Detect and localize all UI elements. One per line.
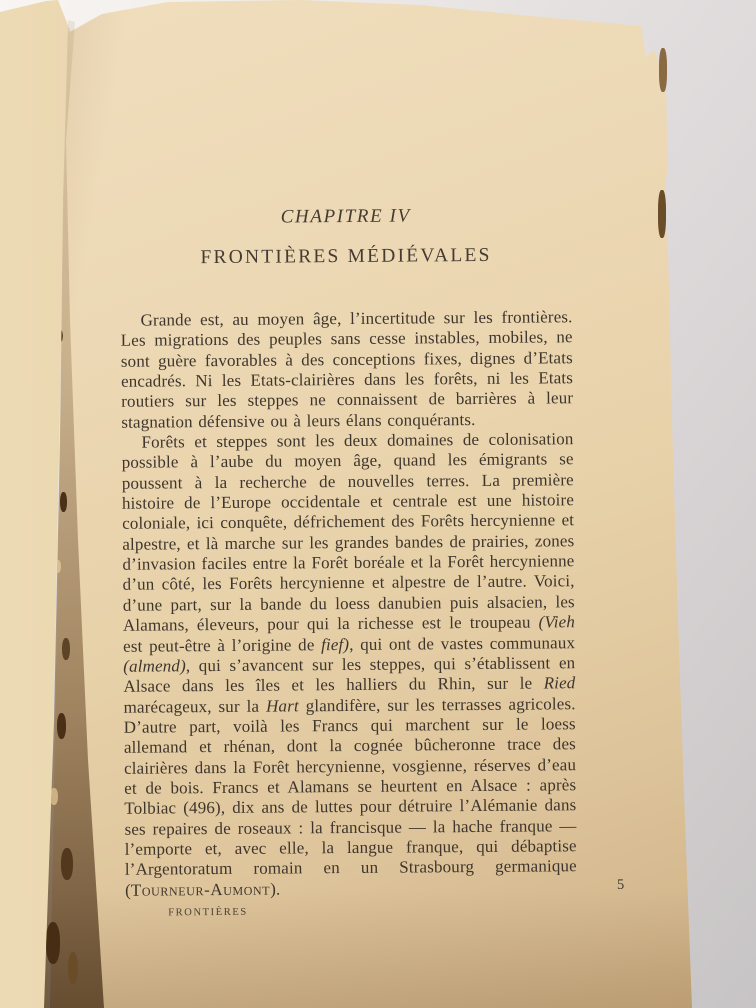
paragraph-2: Forêts et steppes sont les deux domaines… xyxy=(121,429,577,900)
chapter-title: FRONTIÈRES MÉDIÉVALES xyxy=(120,244,572,270)
signature-mark: FRONTIÈRES xyxy=(168,907,248,919)
fore-edge-curl xyxy=(658,190,666,238)
fore-edge-curl xyxy=(659,48,667,92)
paragraph-1: Grande est, au moyen âge, l’incertitude … xyxy=(120,307,573,433)
chapter-heading: CHAPITRE IV xyxy=(120,204,572,230)
gutter-texture xyxy=(57,713,66,739)
gutter-texture xyxy=(60,492,67,512)
gutter-texture xyxy=(68,952,78,984)
book-photo: CHAPITRE IV FRONTIÈRES MÉDIÉVALES Grande… xyxy=(0,0,756,1008)
page-number: 5 xyxy=(617,877,624,894)
gutter-texture xyxy=(46,922,60,964)
gutter-texture xyxy=(61,848,73,880)
body-text: Grande est, au moyen âge, l’incertitude … xyxy=(120,307,577,901)
page-content: CHAPITRE IV FRONTIÈRES MÉDIÉVALES Grande… xyxy=(118,0,578,1008)
gutter-texture xyxy=(62,638,70,660)
